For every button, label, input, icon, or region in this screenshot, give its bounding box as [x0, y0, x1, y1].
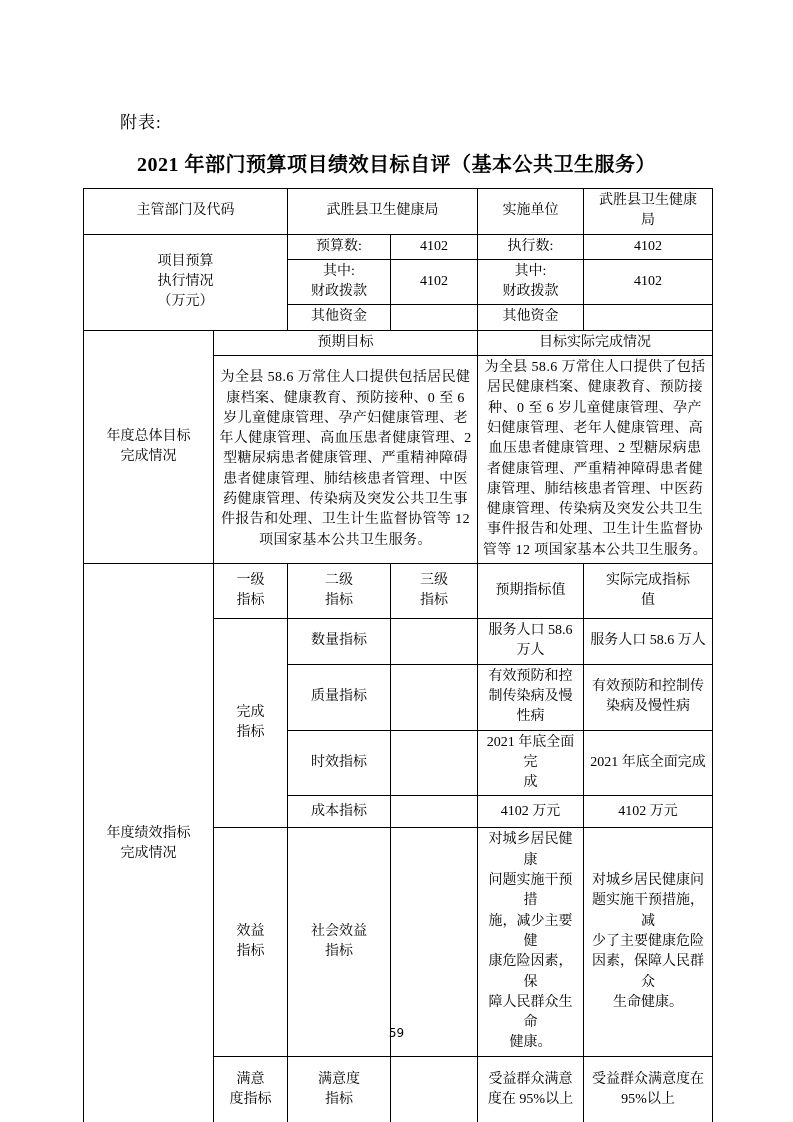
actual-goal-header-cell: 目标实际完成情况 [478, 330, 713, 355]
quantity-actual-cell: 服务人口 58.6 万人 [584, 619, 713, 665]
cost-expected-cell: 4102 万元 [478, 796, 584, 828]
cost-actual-cell: 4102 万元 [584, 796, 713, 828]
quality-expected-cell: 有效预防和控 制传染病及慢 性病 [478, 664, 584, 730]
execution-number-value-cell: 4102 [584, 234, 713, 259]
expected-value-header-cell: 预期指标值 [478, 564, 584, 619]
budget-number-value-cell: 4102 [391, 234, 478, 259]
completion-group-cell: 完成 指标 [214, 619, 288, 828]
dept-code-label-cell: 主管部门及代码 [84, 189, 288, 235]
level1-header-cell: 一级 指标 [214, 564, 288, 619]
satisfaction-group-cell: 满意 度指标 [214, 1056, 288, 1122]
fiscal-allocation-exec-value-cell: 4102 [584, 259, 713, 305]
benefit-group-cell: 效益 指标 [214, 828, 288, 1056]
execution-number-label-cell: 执行数: [478, 234, 584, 259]
quantity-indicator-cell: 数量指标 [288, 619, 391, 665]
impl-unit-label-cell: 实施单位 [478, 189, 584, 235]
fiscal-allocation-budget-label-cell: 其中: 财政拨款 [288, 259, 391, 305]
satisfaction-level3-cell [391, 1056, 478, 1122]
level3-header-cell: 三级 指标 [391, 564, 478, 619]
social-benefit-indicator-cell: 社会效益 指标 [288, 828, 391, 1056]
cost-level3-cell [391, 796, 478, 828]
timeliness-expected-cell: 2021 年底全面完 成 [478, 730, 584, 796]
document-page: 附表: 2021 年部门预算项目绩效目标自评（基本公共卫生服务） 主管部门及代码… [0, 0, 793, 1122]
actual-value-header-cell: 实际完成指标 值 [584, 564, 713, 619]
quantity-expected-cell: 服务人口 58.6 万人 [478, 619, 584, 665]
benefit-level3-cell [391, 828, 478, 1056]
quality-actual-cell: 有效预防和控制传 染病及慢性病 [584, 664, 713, 730]
page-number: 59 [0, 1026, 793, 1040]
quality-level3-cell [391, 664, 478, 730]
satisfaction-expected-cell: 受益群众满意 度在 95%以上 [478, 1056, 584, 1122]
satisfaction-indicator-cell: 满意度 指标 [288, 1056, 391, 1122]
budget-section-label-cell: 项目预算 执行情况 （万元） [84, 234, 288, 330]
benefit-expected-cell: 对城乡居民健康 问题实施干预措 施，减少主要健 康危险因素，保 障人民群众生命 … [478, 828, 584, 1056]
other-funds-budget-label-cell: 其他资金 [288, 305, 391, 330]
other-funds-budget-value-cell [391, 305, 478, 330]
other-funds-exec-label-cell: 其他资金 [478, 305, 584, 330]
performance-table: 主管部门及代码 武胜县卫生健康局 实施单位 武胜县卫生健康 局 项目预算 执行情… [83, 188, 713, 1122]
timeliness-indicator-cell: 时效指标 [288, 730, 391, 796]
page-title: 2021 年部门预算项目绩效目标自评（基本公共卫生服务） [0, 148, 793, 177]
level2-header-cell: 二级 指标 [288, 564, 391, 619]
other-funds-exec-value-cell [584, 305, 713, 330]
expected-goal-header-cell: 预期目标 [214, 330, 478, 355]
satisfaction-actual-cell: 受益群众满意度在 95%以上 [584, 1056, 713, 1122]
budget-number-label-cell: 预算数: [288, 234, 391, 259]
cost-indicator-cell: 成本指标 [288, 796, 391, 828]
dept-code-value-cell: 武胜县卫生健康局 [288, 189, 478, 235]
annual-goal-label-cell: 年度总体目标 完成情况 [84, 330, 214, 563]
quantity-level3-cell [391, 619, 478, 665]
benefit-actual-cell: 对城乡居民健康问 题实施干预措施，减 少了主要健康危险 因素，保障人民群众 生命… [584, 828, 713, 1056]
quality-indicator-cell: 质量指标 [288, 664, 391, 730]
timeliness-actual-cell: 2021 年底全面完成 [584, 730, 713, 796]
impl-unit-value-cell: 武胜县卫生健康 局 [584, 189, 713, 235]
expected-goal-text-cell: 为全县 58.6 万常住人口提供包括居民健康档案、健康教育、预防接种、0 至 6… [214, 356, 478, 564]
fiscal-allocation-exec-label-cell: 其中: 财政拨款 [478, 259, 584, 305]
annex-label: 附表: [120, 108, 162, 133]
timeliness-level3-cell [391, 730, 478, 796]
fiscal-allocation-budget-value-cell: 4102 [391, 259, 478, 305]
actual-goal-text-cell: 为全县 58.6 万常住人口提供了包括居民健康档案、健康教育、预防接种、0 至 … [478, 356, 713, 564]
